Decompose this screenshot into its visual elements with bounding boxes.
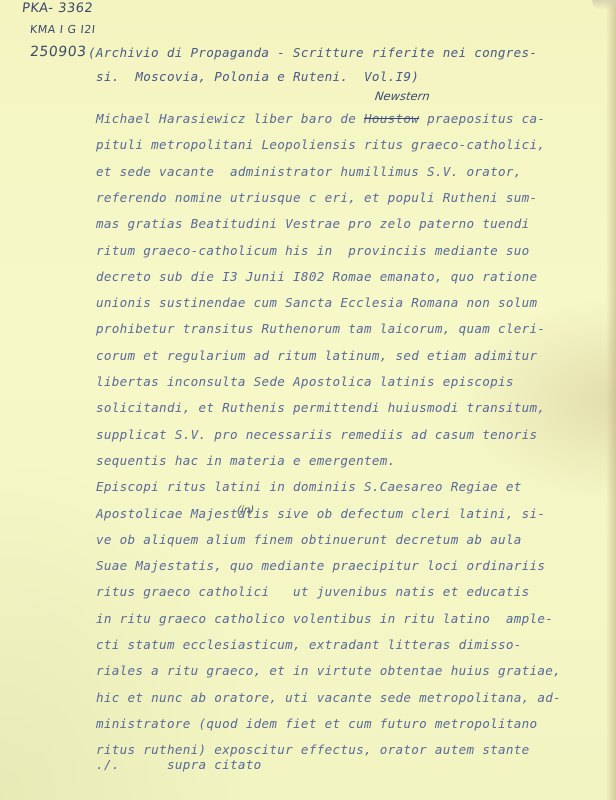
text-line: ritus graeco catholici ut juvenibus nati… — [96, 584, 530, 599]
text-line: ritum graeco-catholicum his in provincii… — [96, 243, 530, 258]
text-line: Apostolicae Majestatis sive ob defectum … — [96, 506, 545, 521]
text-line: cti statum ecclesiasticum, extradant lit… — [96, 637, 522, 652]
page-corner — [592, 0, 616, 10]
text-line: Episcopi ritus latini in dominiis S.Caes… — [96, 479, 522, 494]
text-line: et sede vacante administrator humillimus… — [96, 164, 522, 179]
text-line: Michael Harasiewicz liber baro de Housto… — [96, 111, 545, 126]
text-line: sequentis hac in materia e emergentem. — [96, 453, 396, 468]
text-line: pituli metropolitani Leopoliensis ritus … — [96, 137, 545, 152]
text-line: solicitandi, et Ruthenis permittendi hui… — [96, 400, 545, 415]
text-line: Suae Majestatis, quo mediante praecipitu… — [96, 558, 545, 573]
handwritten-correction: Newstern — [374, 89, 431, 103]
text-line: riales a ritu graeco, et in virtute obte… — [96, 663, 561, 678]
text-line: ritus rutheni) exposcitur effectus, orat… — [96, 742, 530, 757]
text-line: in ritu graeco catholico volentibus in r… — [96, 611, 553, 626]
text-line: ministratore (quod idem fiet et cum futu… — [96, 716, 537, 731]
text-line: mas gratias Beatitudini Vestrae pro zelo… — [96, 216, 530, 231]
text-line: decreto sub die I3 Junii I802 Romae eman… — [96, 269, 537, 284]
text-line: ve ob aliquem alium finem obtinuerunt de… — [96, 532, 522, 547]
page-edge-shadow — [606, 0, 616, 800]
text-line: hic et nunc ab oratore, uti vacante sede… — [96, 690, 561, 705]
handwritten-reference-2: KMA I G I2I — [29, 23, 96, 36]
struck-word: Houstow — [364, 111, 419, 126]
handwritten-reference-1: PKA- 3362 — [21, 1, 94, 16]
header-line-2: si. Moscovia, Polonia e Ruteni. Vol.I9) — [96, 69, 419, 84]
handwritten-reference-3: 250903 — [29, 44, 87, 60]
text-line: prohibetur transitus Ruthenorum tam laic… — [96, 321, 545, 336]
text-line: supplicat S.V. pro necessariis remediis … — [96, 427, 537, 442]
text-line: libertas inconsulta Sede Apostolica lati… — [96, 374, 514, 389]
scanned-page: PKA- 3362 KMA I G I2I 250903 (Archivio d… — [0, 0, 616, 800]
text-line: referendo nomine utriusque c eri, et pop… — [96, 190, 537, 205]
header-line-1: (Archivio di Propaganda - Scritture rife… — [88, 45, 537, 60]
text-line: unionis sustinendae cum Sancta Ecclesia … — [96, 295, 537, 310]
text-line: corum et regularium ad ritum latinum, se… — [96, 348, 537, 363]
text-line: ./. supra citato — [96, 757, 262, 772]
